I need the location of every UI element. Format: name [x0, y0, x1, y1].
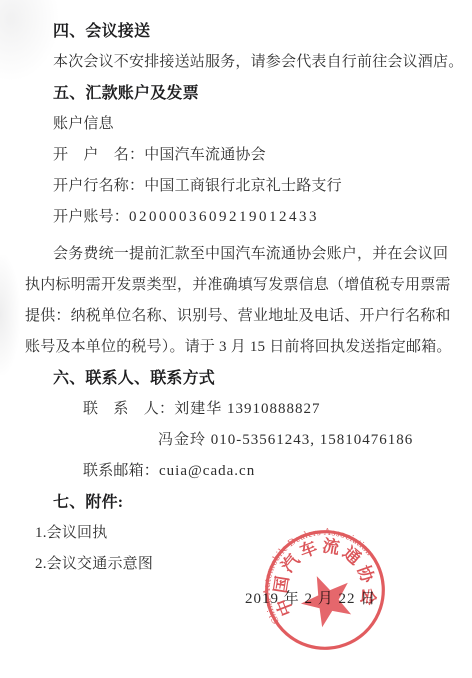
account-name-row: 开 户 名：中国汽车流通协会	[25, 140, 456, 171]
account-number-value: 0200003609219012433	[129, 209, 319, 225]
heading-section-5-payment: 五、汇款账户及发票	[25, 78, 456, 109]
attachment-item-2: 2.会议交通示意图	[25, 549, 456, 580]
document-date: 2019 年 2 月 22 日	[25, 584, 456, 615]
bank-name-row: 开户行名称：中国工商银行北京礼士路支行	[25, 171, 456, 202]
account-name-label: 开 户 名：	[53, 147, 144, 163]
account-info-title: 账户信息	[25, 109, 456, 140]
remittance-note-line: 账号及本单位的税号）。请于 3 月 15 日前将回执发送指定邮箱。	[25, 332, 456, 363]
account-number-label: 开户账号：	[53, 209, 129, 225]
contact-email-row: 联系邮箱：cuia@cada.cn	[25, 456, 456, 487]
contact-person-row: 联 系 人：刘建华 13910888827	[25, 394, 456, 425]
remittance-note-paragraph: 会务费统一提前汇款至中国汽车流通协会账户，并在会议回 执内标明需开发票类型，并准…	[25, 239, 456, 363]
scan-smudge	[0, 255, 20, 375]
remittance-note-line: 提供：纳税单位名称、识别号、营业地址及电话、开户行名称和	[25, 301, 456, 332]
remittance-note-line: 会务费统一提前汇款至中国汽车流通协会账户，并在会议回	[25, 239, 456, 270]
bank-name-value: 中国工商银行北京礼士路支行	[144, 178, 342, 194]
contact-person-value: 刘建华 13910888827	[174, 401, 320, 417]
document-page: 四、会议接送 本次会议不安排接送站服务，请参会代表自行前往会议酒店。 五、汇款账…	[0, 0, 472, 678]
remittance-note-line: 执内标明需开发票类型，并准确填写发票信息（增值税专用票需	[25, 270, 456, 301]
document-body: 四、会议接送 本次会议不安排接送站服务，请参会代表自行前往会议酒店。 五、汇款账…	[25, 16, 456, 615]
attachment-item-1: 1.会议回执	[25, 518, 456, 549]
contact-email-label: 联系邮箱：	[83, 463, 159, 479]
heading-section-4-transport: 四、会议接送	[25, 16, 456, 47]
contact-person-label: 联 系 人：	[83, 401, 174, 417]
contact-email-value: cuia@cada.cn	[159, 463, 255, 479]
transport-note: 本次会议不安排接送站服务，请参会代表自行前往会议酒店。	[25, 47, 456, 78]
heading-section-7-attachments: 七、附件:	[25, 487, 456, 518]
bank-name-label: 开户行名称：	[53, 178, 144, 194]
account-name-value: 中国汽车流通协会	[144, 147, 266, 163]
heading-section-6-contacts: 六、联系人、联系方式	[25, 363, 456, 394]
account-number-row: 开户账号：0200003609219012433	[25, 202, 456, 233]
contact-person2-row: 冯金玲 010-53561243, 15810476186	[25, 425, 456, 456]
